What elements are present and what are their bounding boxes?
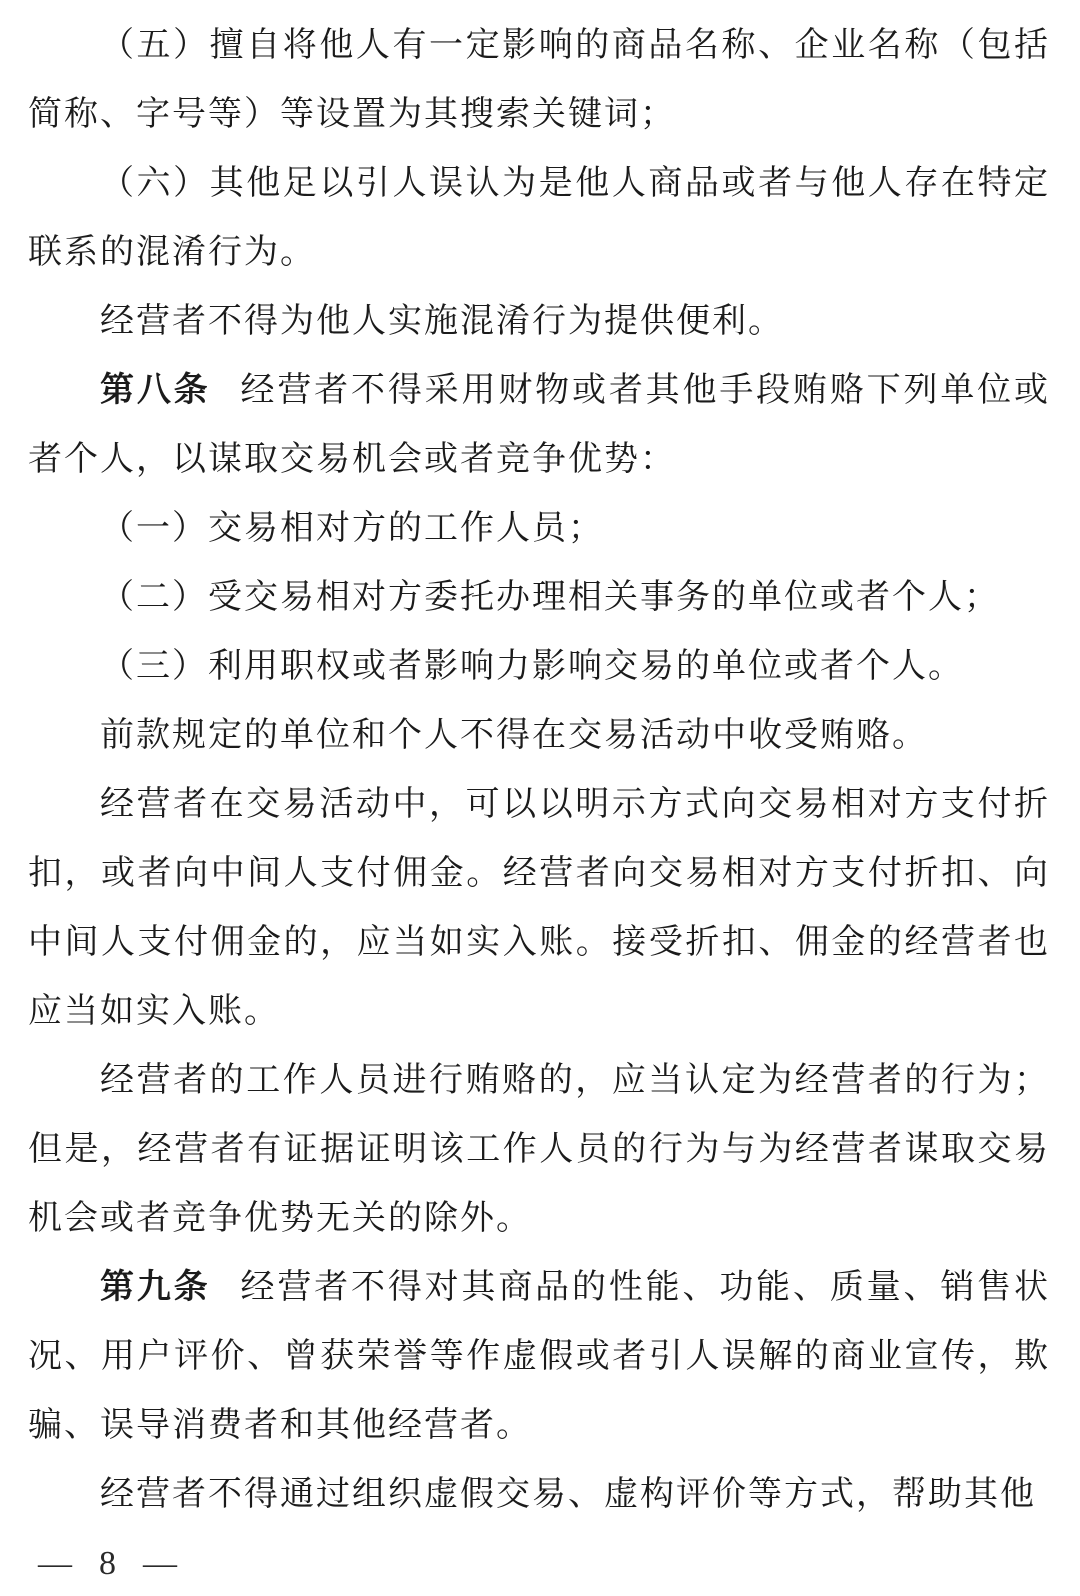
paragraph: （五）擅自将他人有一定影响的商品名称、企业名称（包括简称、字号等）等设置为其搜索… [28, 11, 1050, 149]
paragraph-text: （三）利用职权或者影响力影响交易的单位或者个人。 [100, 648, 964, 685]
article-number: 第九条 [100, 1267, 211, 1307]
paragraph: （三）利用职权或者影响力影响交易的单位或者个人。 [28, 632, 1050, 701]
paragraph-text: 前款规定的单位和个人不得在交易活动中收受贿赂。 [100, 717, 928, 754]
paragraph-article-9: 第九条经营者不得对其商品的性能、功能、质量、销售状况、用户评价、曾获荣誉等作虚假… [28, 1253, 1050, 1460]
document-page: （五）擅自将他人有一定影响的商品名称、企业名称（包括简称、字号等）等设置为其搜索… [0, 0, 1080, 1596]
paragraph-text: （一）交易相对方的工作人员； [100, 510, 604, 547]
paragraph-text: 经营者在交易活动中，可以以明示方式向交易相对方支付折扣，或者向中间人支付佣金。经… [28, 786, 1050, 1030]
article-number: 第八条 [100, 370, 211, 410]
paragraph-text: 经营者不得为他人实施混淆行为提供便利。 [100, 303, 784, 340]
paragraph-text: 经营者不得通过组织虚假交易、虚构评价等方式，帮助其他 [100, 1476, 1036, 1513]
paragraph-text: （六）其他足以引人误认为是他人商品或者与他人存在特定联系的混淆行为。 [28, 165, 1050, 271]
paragraph: （一）交易相对方的工作人员； [28, 494, 1050, 563]
paragraph: 经营者不得通过组织虚假交易、虚构评价等方式，帮助其他 [28, 1460, 1050, 1529]
paragraph: 经营者的工作人员进行贿赂的，应当认定为经营者的行为；但是，经营者有证据证明该工作… [28, 1046, 1050, 1253]
paragraph: 经营者在交易活动中，可以以明示方式向交易相对方支付折扣，或者向中间人支付佣金。经… [28, 770, 1050, 1046]
paragraph: （二）受交易相对方委托办理相关事务的单位或者个人； [28, 563, 1050, 632]
paragraph: （六）其他足以引人误认为是他人商品或者与他人存在特定联系的混淆行为。 [28, 149, 1050, 287]
footer-dash-left: — [38, 1545, 72, 1582]
paragraph: 经营者不得为他人实施混淆行为提供便利。 [28, 287, 1050, 356]
paragraph: 前款规定的单位和个人不得在交易活动中收受贿赂。 [28, 701, 1050, 770]
paragraph-article-8: 第八条经营者不得采用财物或者其他手段贿赂下列单位或者个人，以谋取交易机会或者竞争… [28, 356, 1050, 494]
page-number: 8 [99, 1545, 116, 1582]
paragraph-text: 经营者的工作人员进行贿赂的，应当认定为经营者的行为；但是，经营者有证据证明该工作… [28, 1062, 1050, 1237]
paragraph-text: （二）受交易相对方委托办理相关事务的单位或者个人； [100, 579, 1000, 616]
page-footer: —8— [28, 1529, 1050, 1596]
paragraph-text: （五）擅自将他人有一定影响的商品名称、企业名称（包括简称、字号等）等设置为其搜索… [28, 27, 1050, 133]
footer-dash-right: — [143, 1545, 177, 1582]
